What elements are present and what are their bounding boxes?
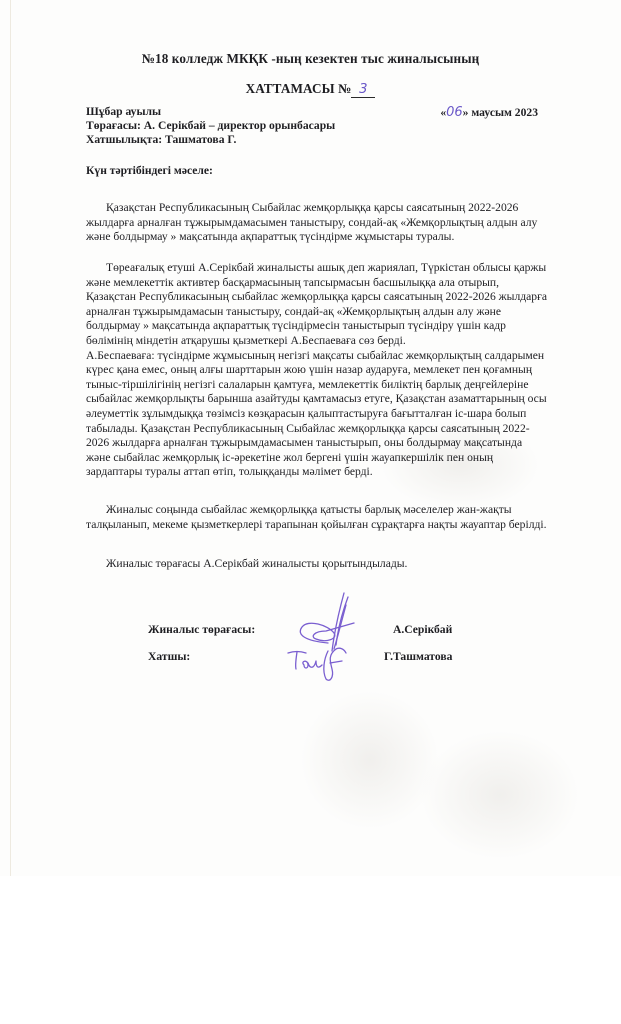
location: Шұбар ауылы — [86, 105, 161, 118]
date-day-handwritten: 06 — [446, 105, 463, 120]
agenda-label: Күн тәртібіндегі мәселе: — [86, 164, 213, 177]
chairman-line: Төрағасы: А. Серікбай – директор орынбас… — [86, 119, 335, 132]
conclusion-paragraph: Жиналыс төрағасы А.Серікбай жиналысты қо… — [86, 557, 548, 572]
handwritten-signature-icon — [276, 585, 376, 685]
protocol-number-handwritten: 3 — [359, 82, 368, 97]
chair-signature-label: Жиналыс төрағасы: — [148, 623, 255, 636]
closing-paragraph: Жиналыс соңында сыбайлас жемқорлыққа қат… — [86, 503, 548, 532]
paragraph-conclusion: Жиналыс төрағасы А.Серікбай жиналысты қо… — [86, 557, 548, 572]
meeting-date: «06» маусым 2023 — [440, 105, 538, 120]
protocol-heading: ХАТТАМАСЫ №3 — [0, 81, 621, 98]
document-title: №18 колледж МКҚК -ның кезектен тыс жинал… — [0, 51, 621, 67]
protocol-heading-text: ХАТТАМАСЫ № — [246, 81, 352, 96]
agenda-paragraph: Қазақстан Республикасының Сыбайлас жемқо… — [86, 201, 548, 245]
paragraph-speaker: А.Беспаеваға: түсіндірме жұмысының негіз… — [86, 349, 548, 480]
scan-smudge — [420, 730, 580, 860]
protocol-number-blank: 3 — [351, 82, 375, 98]
paragraph-agenda: Қазақстан Республикасының Сыбайлас жемқо… — [86, 201, 548, 245]
secretary-line: Хатшылықта: Ташматова Г. — [86, 133, 236, 146]
secretary-signature-name: Г.Ташматова — [384, 650, 452, 663]
secretary-signature-label: Хатшы: — [148, 650, 190, 663]
chair-signature-name: А.Серікбай — [393, 623, 452, 636]
date-month-year: маусым 2023 — [468, 106, 538, 119]
scan-smudge — [300, 690, 440, 830]
paragraph-opening: Төреағалық етуші А.Серікбай жиналысты аш… — [86, 261, 548, 349]
page-edge-line — [10, 0, 11, 876]
paragraph-discussion: Жиналыс соңында сыбайлас жемқорлыққа қат… — [86, 503, 548, 532]
scanned-page: №18 колледж МКҚК -ның кезектен тыс жинал… — [0, 0, 621, 876]
proceedings-section: Төреағалық етуші А.Серікбай жиналысты аш… — [86, 261, 548, 480]
